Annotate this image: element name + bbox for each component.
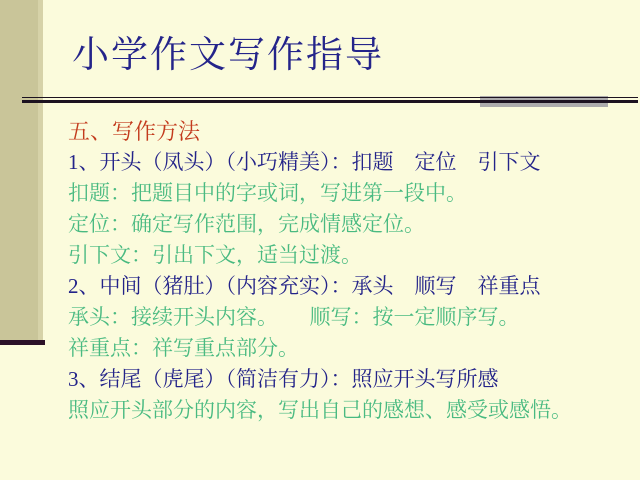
title-divider-line-thick	[22, 100, 638, 103]
left-accent-underline	[0, 340, 45, 345]
point-2-detail-xiangzhongdian: 祥重点：祥写重点部分。	[68, 333, 628, 364]
slide-body: 五、写作方法 1、开头（凤头）（小巧精美）：扣题 定位 引下文 扣题：把题目中的…	[68, 116, 628, 426]
point-3-detail: 照应开头部分的内容，写出自己的感想、感受或感悟。	[68, 395, 628, 426]
title-divider-line-thin	[22, 97, 638, 98]
point-1-heading: 1、开头（凤头）（小巧精美）：扣题 定位 引下文	[68, 147, 628, 178]
slide-title: 小学作文写作指导	[72, 35, 384, 77]
section-heading: 五、写作方法	[68, 116, 628, 147]
left-accent-bar-highlight	[38, 0, 43, 340]
point-2-heading: 2、中间（猪肚）（内容充实）：承头 顺写 祥重点	[68, 271, 628, 302]
point-1-detail-dingwei: 定位：确定写作范围，完成情感定位。	[68, 209, 628, 240]
point-3-heading: 3、结尾（虎尾）（简洁有力）：照应开头写所感	[68, 364, 628, 395]
point-1-detail-yinxiawen: 引下文：引出下文，适当过渡。	[68, 240, 628, 271]
point-1-detail-koutí: 扣题：把题目中的字或词，写进第一段中。	[68, 178, 628, 209]
point-2-detail-chengtou-shunxie: 承头：接续开头内容。 顺写：按一定顺序写。	[68, 302, 628, 333]
presentation-slide: 小学作文写作指导 五、写作方法 1、开头（凤头）（小巧精美）：扣题 定位 引下文…	[0, 0, 640, 480]
left-accent-bar	[0, 0, 43, 340]
